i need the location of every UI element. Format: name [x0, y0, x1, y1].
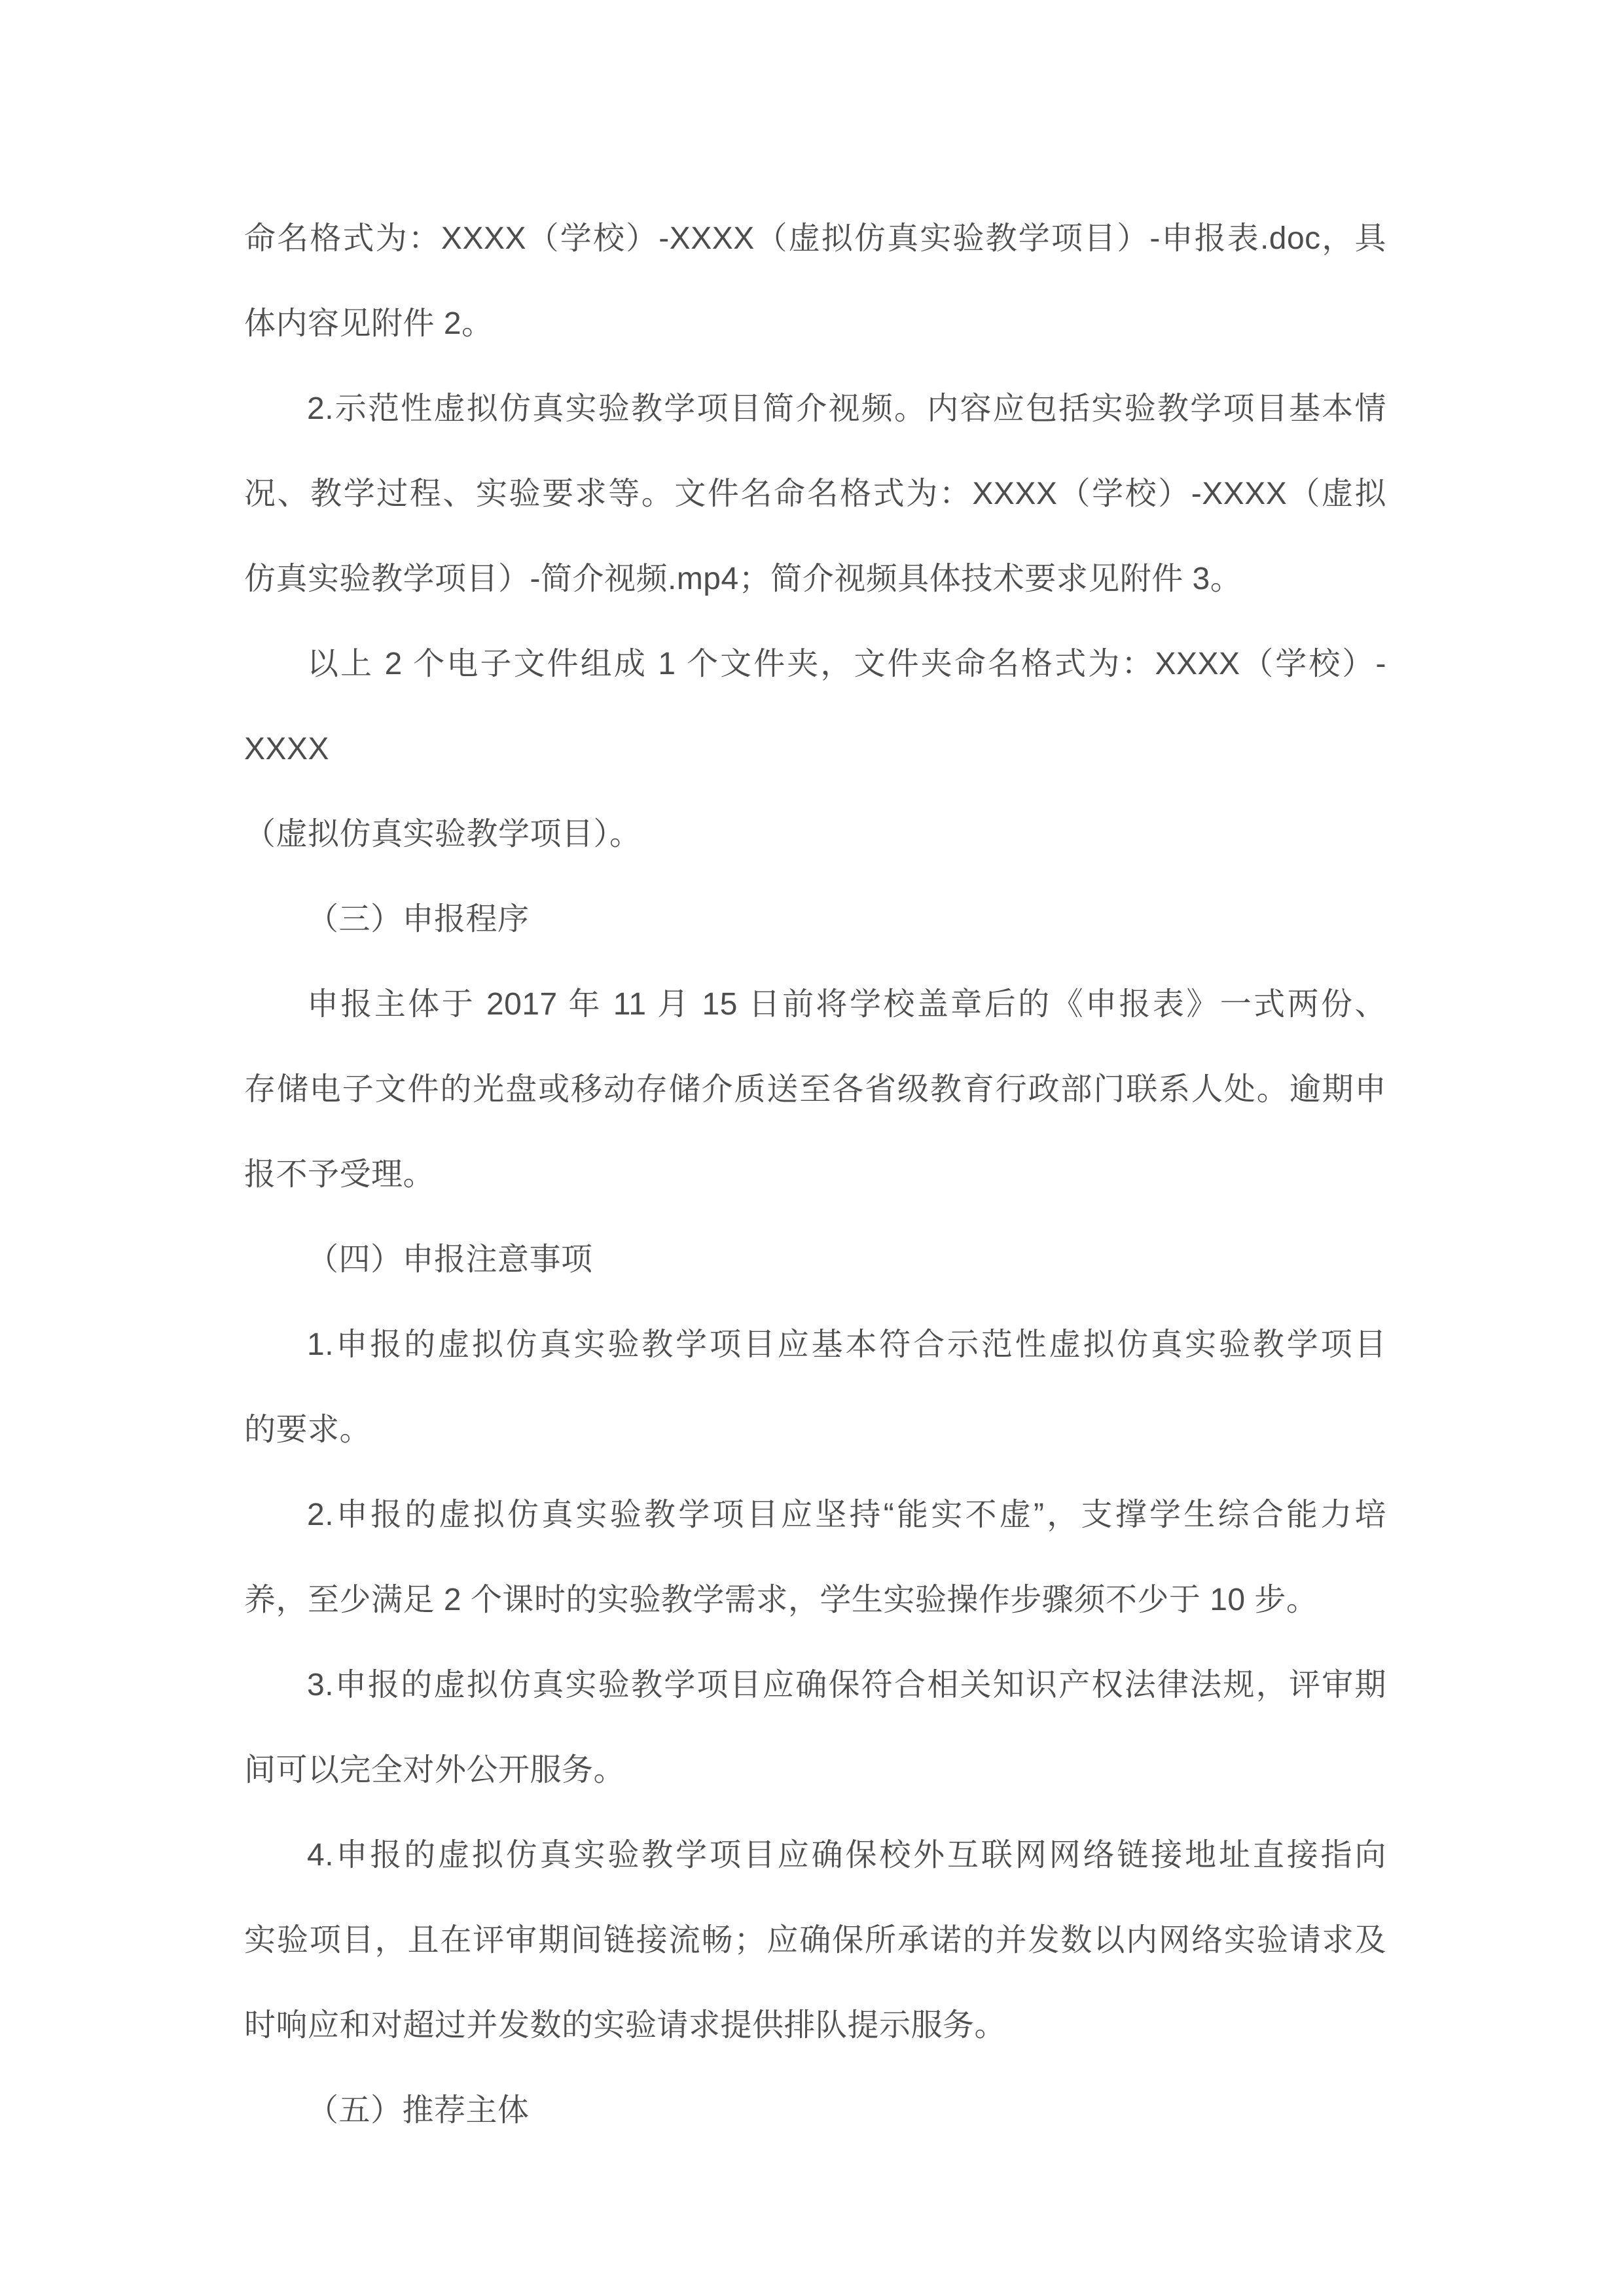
text-line: 命名格式为：XXXX（学校）-XXXX（虚拟仿真实验教学项目）-申报表.doc，…: [244, 196, 1386, 281]
text-line: 申报主体于 2017 年 11 月 15 日前将学校盖章后的《申报表》一式两份、: [244, 962, 1386, 1047]
text-line: 报不予受理。: [244, 1132, 1386, 1217]
text-line: （虚拟仿真实验教学项目）。: [244, 792, 1386, 877]
text-line: 实验项目，且在评审期间链接流畅；应确保所承诺的并发数以内网络实验请求及: [244, 1898, 1386, 1983]
text-line: 时响应和对超过并发数的实验请求提供排队提示服务。: [244, 1983, 1386, 2068]
text-line: 养，至少满足 2 个课时的实验教学需求，学生实验操作步骤须不少于 10 步。: [244, 1558, 1386, 1643]
text-line: （四）申报注意事项: [244, 1217, 1386, 1302]
text-line: 体内容见附件 2。: [244, 281, 1386, 367]
text-line: 的要求。: [244, 1388, 1386, 1473]
text-line: 2.示范性虚拟仿真实验教学项目简介视频。内容应包括实验教学项目基本情: [244, 367, 1386, 452]
text-line: （三）申报程序: [244, 877, 1386, 962]
text-line: 况、教学过程、实验要求等。文件名命名格式为：XXXX（学校）-XXXX（虚拟: [244, 452, 1386, 537]
text-line: 以上 2 个电子文件组成 1 个文件夹，文件夹命名格式为：XXXX（学校）-XX…: [244, 622, 1386, 792]
text-line: 2.申报的虚拟仿真实验教学项目应坚持“能实不虚”，支撑学生综合能力培: [244, 1473, 1386, 1558]
text-line: 4.申报的虚拟仿真实验教学项目应确保校外互联网网络链接地址直接指向: [244, 1813, 1386, 1898]
document-body: 命名格式为：XXXX（学校）-XXXX（虚拟仿真实验教学项目）-申报表.doc，…: [244, 196, 1386, 2153]
text-line: 1.申报的虚拟仿真实验教学项目应基本符合示范性虚拟仿真实验教学项目: [244, 1302, 1386, 1388]
document-page: 命名格式为：XXXX（学校）-XXXX（虚拟仿真实验教学项目）-申报表.doc，…: [0, 0, 1624, 2296]
text-line: 3.申报的虚拟仿真实验教学项目应确保符合相关知识产权法律法规，评审期: [244, 1643, 1386, 1728]
text-line: 间可以完全对外公开服务。: [244, 1728, 1386, 1813]
text-line: （五）推荐主体: [244, 2068, 1386, 2153]
text-line: 存储电子文件的光盘或移动存储介质送至各省级教育行政部门联系人处。逾期申: [244, 1047, 1386, 1132]
text-line: 仿真实验教学项目）-简介视频.mp4；简介视频具体技术要求见附件 3。: [244, 537, 1386, 622]
